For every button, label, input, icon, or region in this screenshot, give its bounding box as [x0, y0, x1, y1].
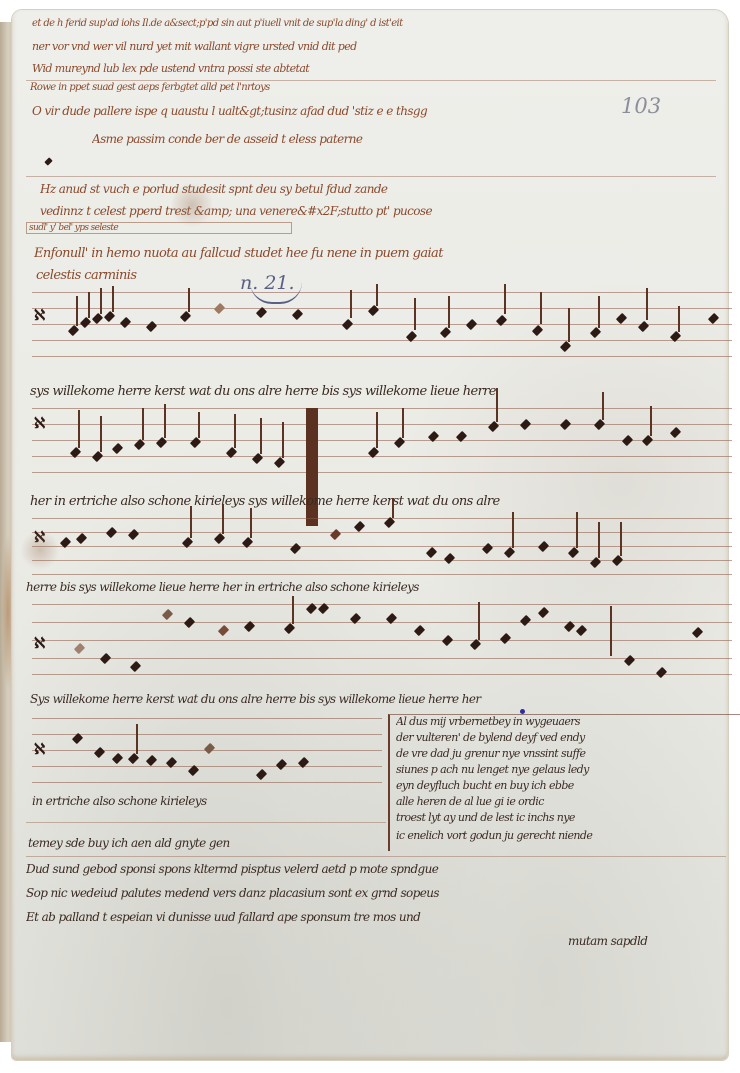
header-line: et de h ferid sup'ad iohs Il.de a&sect;p… — [32, 18, 712, 29]
footer-line: Dud sund gebod sponsi spons kltermd pisp… — [26, 862, 726, 876]
ink-mark — [44, 157, 52, 165]
footer-line: mutam sapdld — [568, 934, 718, 948]
annotation-line: alle heren de al lue gi ie ordic — [396, 795, 736, 808]
annotation-line: siunes p ach nu lenget nye gelaus ledy — [396, 763, 736, 776]
blue-ink-dot — [520, 709, 525, 714]
ink-stain — [172, 180, 212, 230]
song-text-line: herre bis sys willekome lieue herre her … — [26, 580, 676, 594]
boxed-annotation: Al dus mij vrbernetbey in wygeuaers der … — [388, 714, 740, 851]
music-stave-4: ℵ — [32, 604, 732, 680]
manuscript-page: 103 et de h ferid sup'ad iohs Il.de a&se… — [12, 10, 728, 1060]
annotation-line: de vre dad ju grenur nye vnssint suffe — [396, 747, 736, 760]
music-stave-3: ℵ — [32, 518, 732, 578]
song-text-line: her in ertriche also schone kirieleys sy… — [30, 494, 730, 509]
ruling-line — [26, 822, 386, 823]
ruling-line — [26, 856, 726, 857]
ruling-line — [26, 176, 716, 177]
annotation-line: der vulteren' de bylend deyf ved endy — [396, 731, 736, 744]
music-stave-1: ℵ — [32, 292, 732, 372]
song-text-line: in ertriche also schone kirieleys — [32, 794, 332, 808]
song-text-line: sys willekome herre kerst wat du ons alr… — [30, 384, 730, 399]
annotation-line: troest lyt ay und de lest ic inchs nye — [396, 811, 736, 824]
ink-stain — [20, 530, 60, 570]
incipit-line: celestis carminis — [36, 268, 236, 283]
annotation-line: ic enelich vort godun ju gerecht niende — [396, 829, 736, 842]
header-line: sudl' y' bel' yps seleste — [26, 222, 292, 234]
ruling-line — [26, 80, 716, 81]
music-stave-2: ℵ — [32, 408, 732, 478]
incipit-line: Enfonull' in hemo nuota au fallcud stude… — [34, 246, 714, 261]
header-line: O vir dude pallere ispe q uaustu l ualt&… — [32, 104, 672, 118]
annotation-line: eyn deyfluch bucht en buy ich ebbe — [396, 779, 736, 792]
music-stave-5: ℵ — [32, 718, 382, 788]
header-line: Rowe in ppet suad gest aeps ferbgtet all… — [30, 82, 590, 93]
song-text-line: Sys willekome herre kerst wat du ons alr… — [30, 692, 730, 706]
footer-line: temey sde buy ich aen ald gnyte gen — [28, 836, 388, 850]
header-line: vedinnz t celest pperd trest &amp; una v… — [40, 204, 680, 218]
header-line: Asme passim conde ber de asseid t eless … — [92, 132, 672, 146]
header-line: Hz anud st vuch e porlud studesit spnt d… — [40, 182, 710, 196]
header-line: ner vor vnd wer vil nurd yet mit wallant… — [32, 40, 712, 53]
annotation-line: Al dus mij vrbernetbey in wygeuaers — [396, 715, 736, 728]
footer-line: Et ab palland t espeian vi dunisse uud f… — [26, 910, 716, 924]
header-line: Wid mureynd lub lex pde ustend vntra pos… — [32, 62, 712, 75]
footer-line: Sop nic wedeiud palutes medend vers danz… — [26, 886, 726, 900]
